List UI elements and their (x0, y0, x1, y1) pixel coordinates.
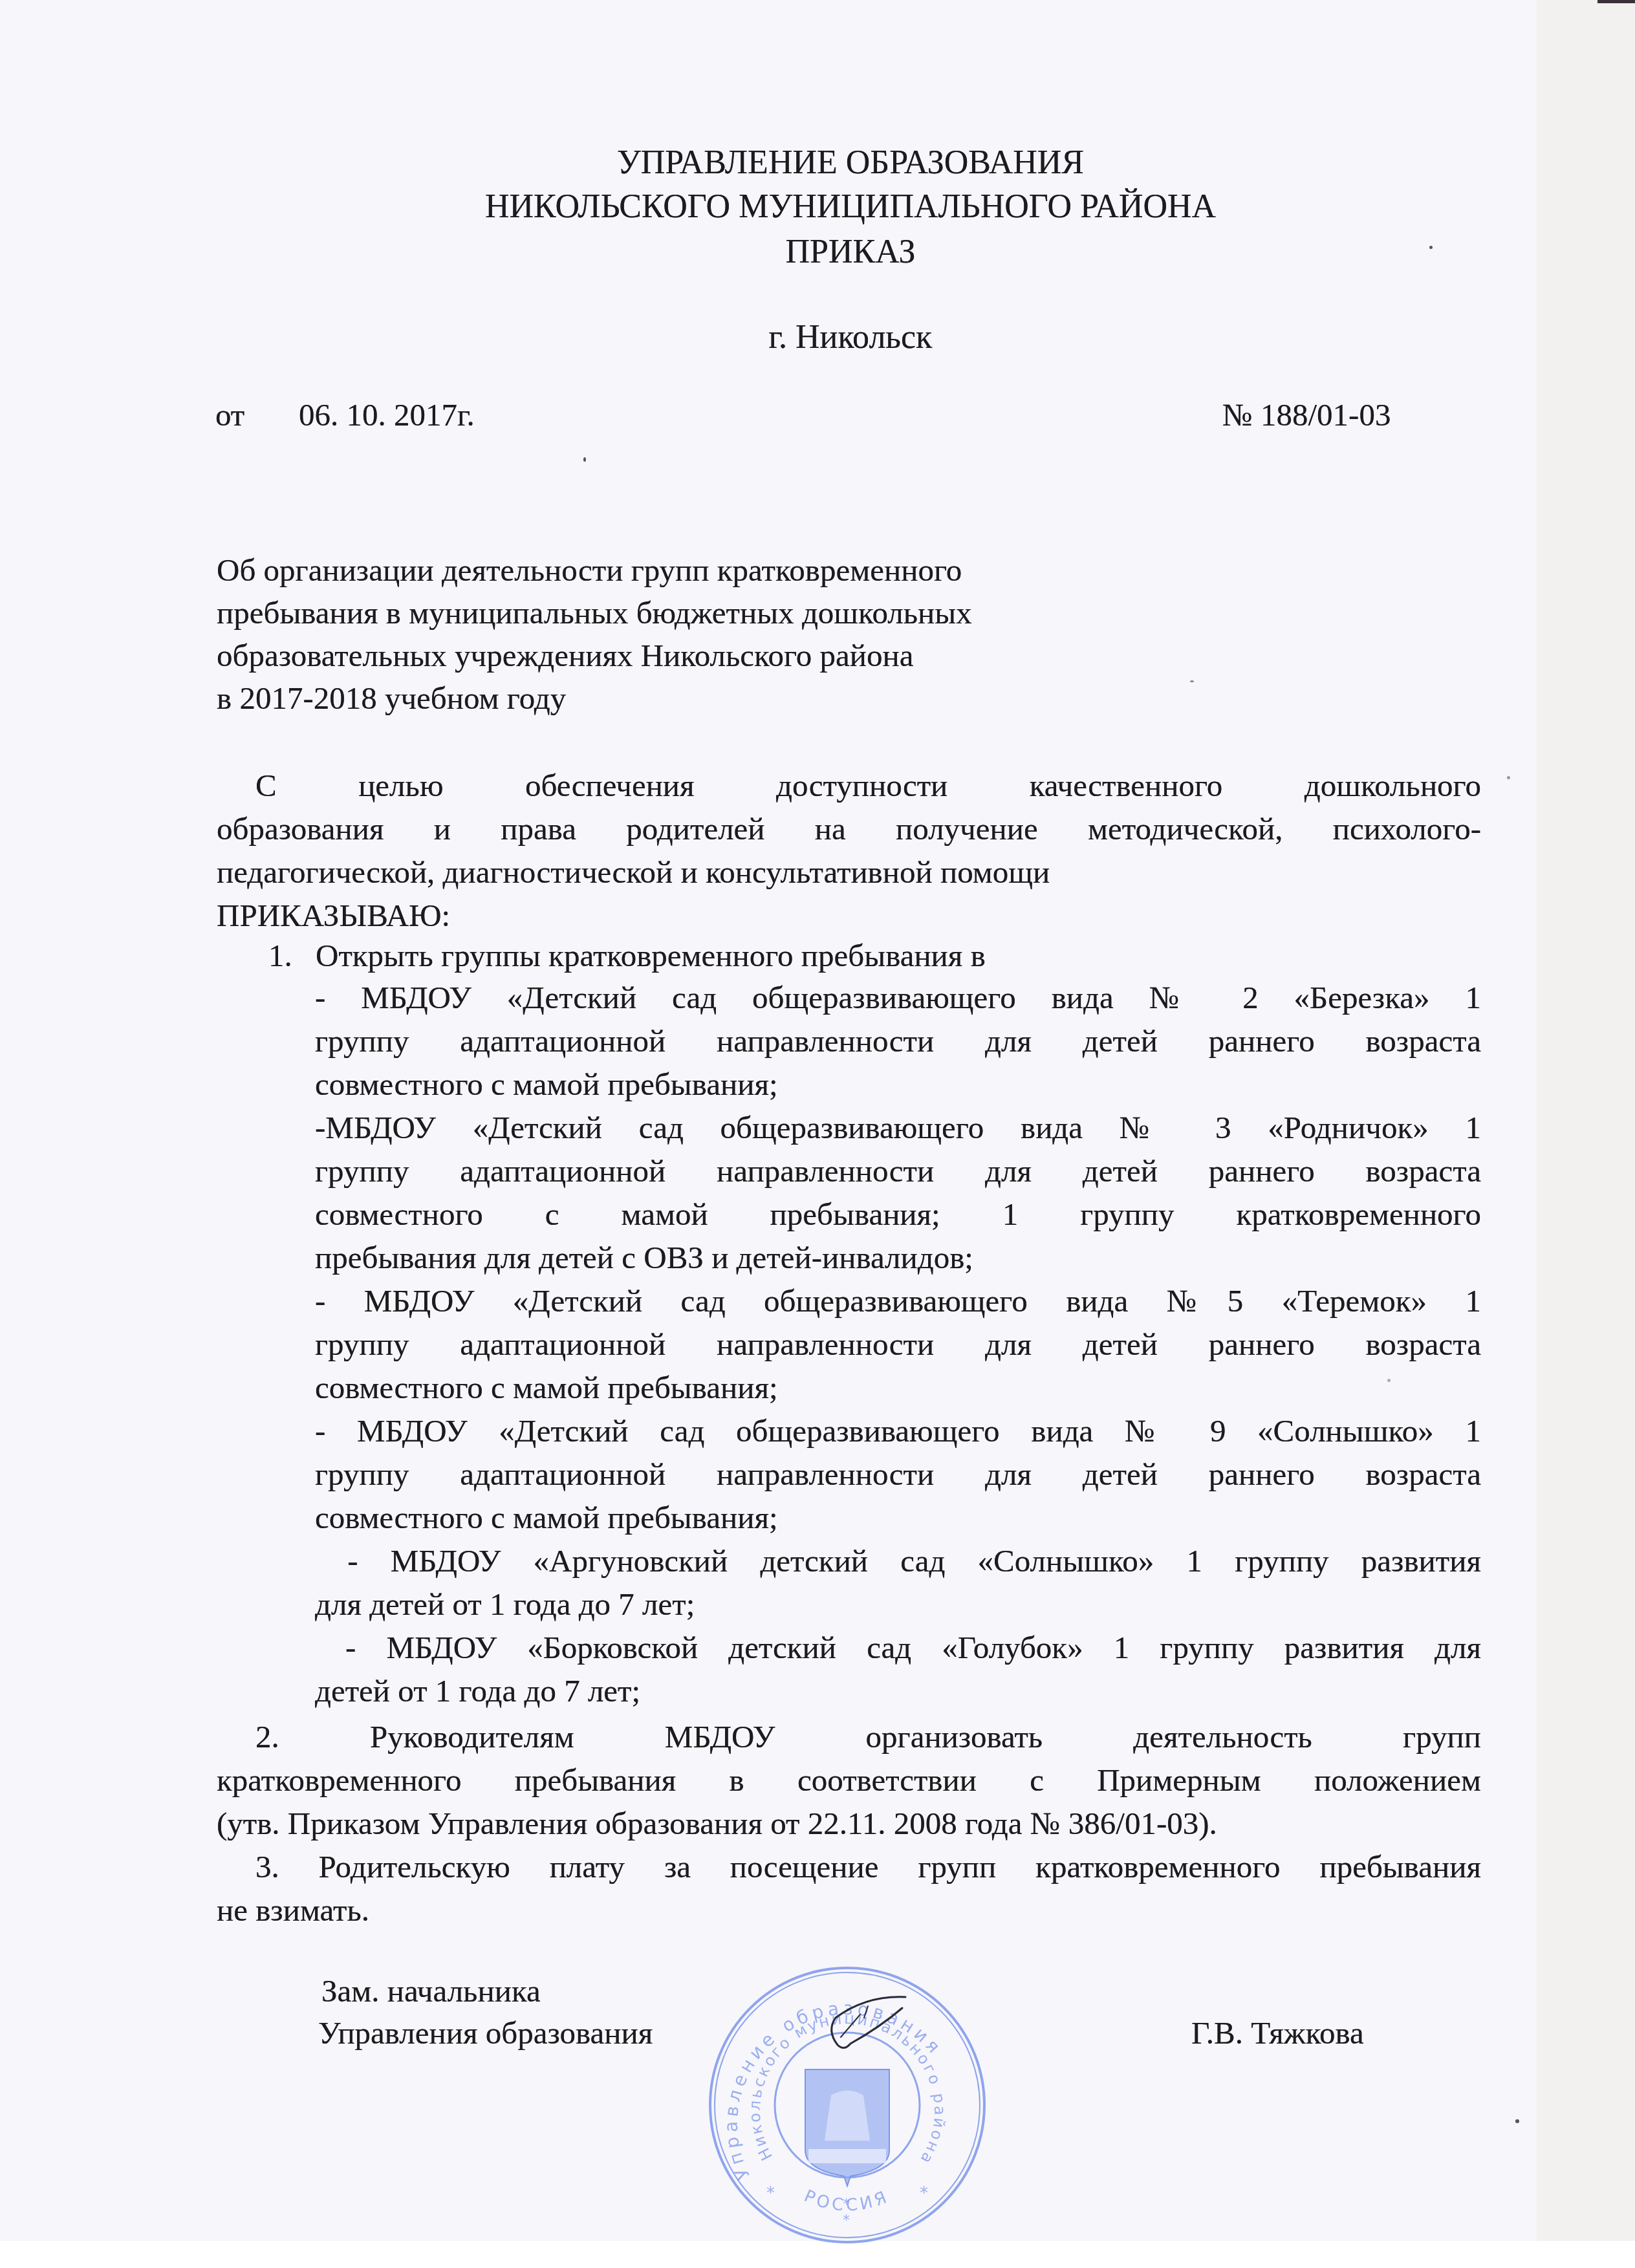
entry-line: группу адаптационной направленности для … (315, 1323, 1481, 1366)
city: г. Никольск (0, 318, 1635, 357)
entry-borkovskoy: - МБДОУ «Борковской детский сад «Голубок… (315, 1626, 1481, 1712)
scan-speck (1387, 1379, 1391, 1382)
entry-rodnichok: -МБДОУ «Детский сад общеразвивающего вид… (315, 1106, 1481, 1279)
signer-position-line1: Зам. начальника (321, 1972, 541, 2011)
entry-line: совместного с мамой пребывания; 1 группу… (315, 1193, 1481, 1236)
org-name-line2: НИКОЛЬСКОГО МУНИЦИПАЛЬНОГО РАЙОНА (0, 188, 1635, 226)
entry-line: - МБДОУ «Детский сад общеразвивающего ви… (315, 1409, 1481, 1453)
svg-text:*: * (920, 2184, 928, 2203)
svg-text:*: * (766, 2184, 775, 2203)
entry-line: совместного с мамой пребывания; (315, 1366, 1481, 1409)
scan-speck (583, 457, 586, 462)
entry-berezka: - МБДОУ «Детский сад общеразвивающего ви… (315, 976, 1481, 1106)
title-line: в 2017-2018 учебном году (217, 679, 566, 718)
item1-text: Открыть группы кратковременного пребыван… (316, 936, 986, 975)
scan-speck (1429, 246, 1433, 249)
preamble: С целью обеспечения доступности качестве… (217, 764, 1481, 937)
svg-text:*: * (843, 2196, 850, 2212)
order-number: № 188/01-03 (1222, 396, 1391, 435)
entry-line: -МБДОУ «Детский сад общеразвивающего вид… (315, 1106, 1481, 1149)
entry-line: группу адаптационной направленности для … (315, 1149, 1481, 1193)
scan-speck (1515, 2119, 1519, 2123)
entry-teremok: - МБДОУ «Детский сад общеразвивающего ви… (315, 1279, 1481, 1409)
entry-solnyshko-9: - МБДОУ «Детский сад общеразвивающего ви… (315, 1409, 1481, 1539)
item1-entries: - МБДОУ «Детский сад общеразвивающего ви… (315, 976, 1481, 1712)
svg-text:*: * (843, 2212, 850, 2229)
item3-line: не взимать. (217, 1888, 1481, 1932)
title-line: Об организации деятельности групп кратко… (217, 551, 962, 590)
document-type: ПРИКАЗ (0, 233, 1635, 272)
title-line: пребывания в муниципальных бюджетных дош… (217, 594, 972, 632)
entry-line: - МБДОУ «Аргуновский детский сад «Солныш… (315, 1539, 1481, 1582)
org-name-line1: УПРАВЛЕНИЕ ОБРАЗОВАНИЯ (0, 144, 1635, 182)
order-word: ПРИКАЗЫВАЮ: (217, 894, 1481, 937)
entry-line: детей от 1 года до 7 лет; (315, 1669, 1481, 1712)
scan-speck (1507, 776, 1510, 779)
item2-line: кратковременного пребывания в соответств… (217, 1758, 1481, 1802)
entry-argunovsky: - МБДОУ «Аргуновский детский сад «Солныш… (315, 1539, 1481, 1626)
preamble-line: образования и права родителей на получен… (217, 807, 1481, 850)
entry-line: - МБДОУ «Борковской детский сад «Голубок… (315, 1626, 1481, 1669)
item2-line: (утв. Приказом Управления образования от… (217, 1802, 1481, 1845)
item2-line: 2. Руководителям МБДОУ организовать деят… (217, 1715, 1481, 1758)
signer-position-line2: Управления образования (318, 2014, 653, 2053)
title-line: образовательных учреждениях Никольского … (217, 636, 913, 675)
entry-line: для детей от 1 года до 7 лет; (315, 1582, 1481, 1626)
scan-edge-band (1597, 0, 1635, 3)
order-date: 06. 10. 2017г. (299, 396, 475, 435)
entry-line: - МБДОУ «Детский сад общеразвивающего ви… (315, 976, 1481, 1019)
entry-line: пребывания для детей с ОВЗ и детей-инвал… (315, 1236, 1481, 1279)
scan-speck (1190, 680, 1194, 682)
item3: 3. Родительскую плату за посещение групп… (217, 1845, 1481, 1932)
preamble-line: С целью обеспечения доступности качестве… (217, 764, 1481, 807)
handwritten-signature-icon (821, 1992, 912, 2057)
date-prefix: от (215, 396, 244, 435)
signer-name: Г.В. Тяжкова (1191, 2014, 1364, 2053)
item1-number: 1. (268, 936, 292, 975)
item3-line: 3. Родительскую плату за посещение групп… (217, 1845, 1481, 1888)
preamble-line: педагогической, диагностической и консул… (217, 850, 1481, 894)
item2: 2. Руководителям МБДОУ организовать деят… (217, 1715, 1481, 1845)
entry-line: группу адаптационной направленности для … (315, 1019, 1481, 1063)
entry-line: группу адаптационной направленности для … (315, 1453, 1481, 1496)
entry-line: совместного с мамой пребывания; (315, 1063, 1481, 1106)
entry-line: совместного с мамой пребывания; (315, 1496, 1481, 1539)
entry-line: - МБДОУ «Детский сад общеразвивающего ви… (315, 1279, 1481, 1323)
